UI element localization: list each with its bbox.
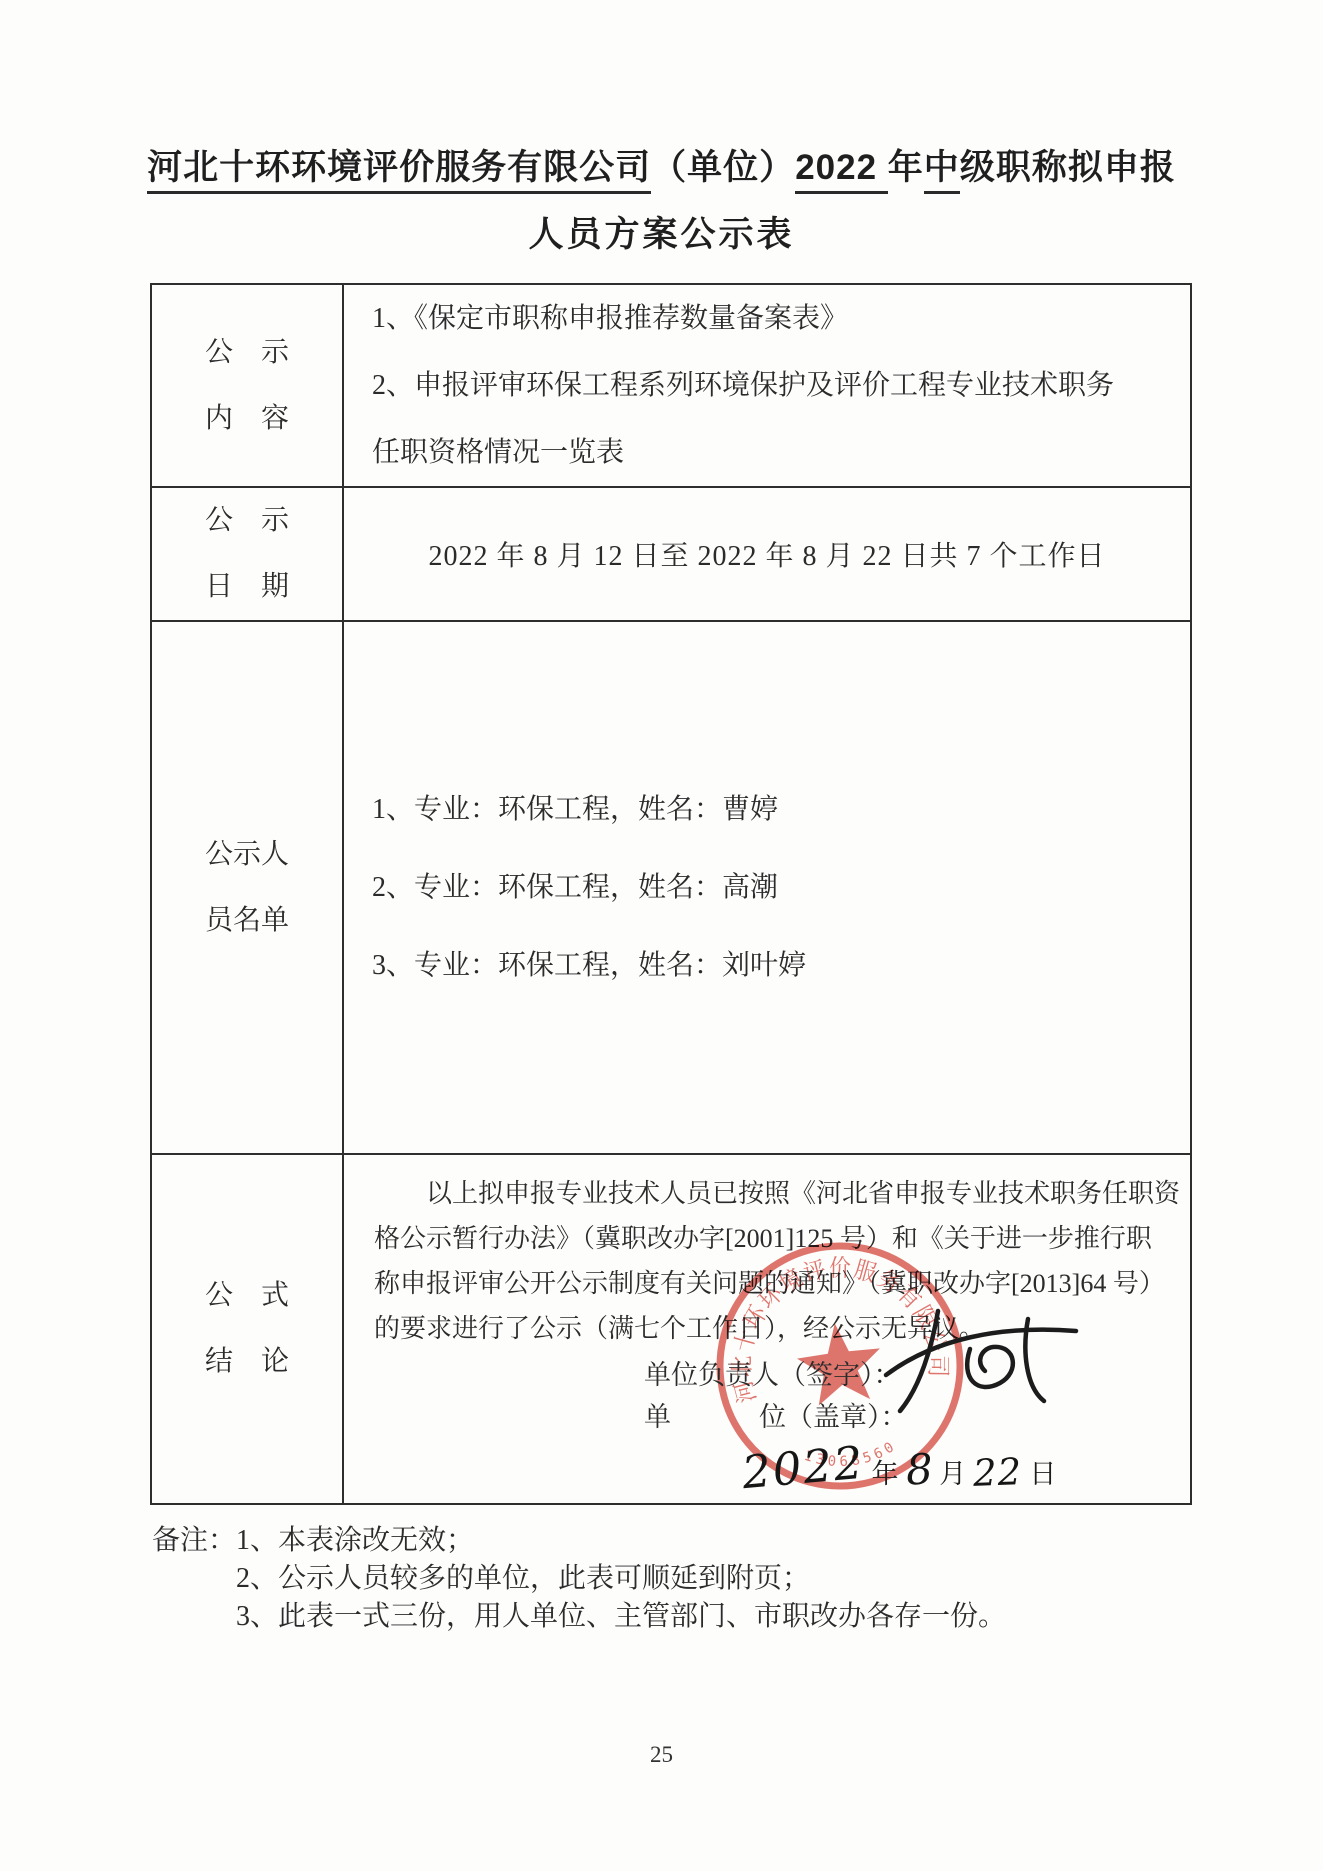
title-segment: 河北十环环境评价服务有限公司 <box>147 148 651 194</box>
signer-label-text: 单位负责人（签字）： <box>644 1360 901 1390</box>
year-unit: 年 <box>872 1452 899 1494</box>
person-line: 2、专业：环保工程，姓名：高潮 <box>372 849 1190 927</box>
row-publicity-date: 公 示日 期 2022 年 8 月 12 日至 2022 年 8 月 22 日共… <box>152 488 1190 622</box>
conclusion-line: 称申报评审公开公示制度有关问题的通知》（冀职改办字[2013]64 号） <box>374 1261 1186 1306</box>
document-title-line2: 人员方案公示表 <box>0 207 1323 257</box>
cell-publicity-date: 2022 年 8 月 12 日至 2022 年 8 月 22 日共 7 个工作日 <box>344 488 1190 620</box>
signer-label: 单位负责人（签字）： <box>644 1355 901 1395</box>
conclusion-line: 的要求进行了公示（满七个工作日），经公示无异议。 <box>374 1306 1186 1351</box>
label-publicity-content: 公 示内 容 <box>152 285 344 486</box>
label-line: 公 示 <box>205 488 289 554</box>
title-segment: 2022 <box>795 148 888 194</box>
content-line: 1、《保定市职称申报推荐数量备案表》 <box>372 285 1190 352</box>
conclusion-line: 以上拟申报专业技术人员已按照《河北省申报专业技术职务任职资 <box>374 1171 1186 1216</box>
label-line: 公示人 <box>205 822 289 888</box>
month-unit: 月 <box>939 1452 966 1494</box>
row-publicity-people: 公示人员名单 1、专业：环保工程，姓名：曹婷2、专业：环保工程，姓名：高潮3、专… <box>152 622 1190 1155</box>
document-page: 河北十环环境评价服务有限公司（单位）2022 年中级职称拟申报 人员方案公示表 … <box>0 0 1323 1871</box>
person-line: 3、专业：环保工程，姓名：刘叶婷 <box>372 927 1190 1005</box>
cell-publicity-content: 1、《保定市职称申报推荐数量备案表》2、申报评审环保工程系列环境保护及评价工程专… <box>344 285 1190 486</box>
label-line: 结 论 <box>205 1329 289 1395</box>
publicity-date-value: 2022 年 8 月 12 日至 2022 年 8 月 22 日共 7 个工作日 <box>428 534 1105 574</box>
label-line: 员名单 <box>205 888 289 954</box>
label-line: 公 示 <box>205 320 289 386</box>
content-line: 2、申报评审环保工程系列环境保护及评价工程专业技术职务 <box>372 352 1190 419</box>
unit-seal-label: 单位（盖章）： <box>644 1397 908 1437</box>
note-item: 2、公示人员较多的单位，此表可顺延到附页； <box>236 1560 1006 1598</box>
conclusion-paragraph: 以上拟申报专业技术人员已按照《河北省申报专业技术职务任职资格公示暂行办法》（冀职… <box>374 1171 1186 1351</box>
title-segment: 年 <box>888 148 924 187</box>
page-number: 25 <box>0 1742 1323 1768</box>
footer-notes: 备注： 1、本表涂改无效；2、公示人员较多的单位，此表可顺延到附页；3、此表一式… <box>152 1522 1006 1636</box>
handwritten-day: 22 <box>973 1450 1024 1495</box>
signed-date: 2022 年 8 月 22 日 <box>742 1441 1056 1494</box>
unit-label-left: 单 <box>644 1402 671 1432</box>
notes-list: 1、本表涂改无效；2、公示人员较多的单位，此表可顺延到附页；3、此表一式三份，用… <box>236 1522 1006 1636</box>
publicity-people-lines: 1、专业：环保工程，姓名：曹婷2、专业：环保工程，姓名：高潮3、专业：环保工程，… <box>344 622 1190 1153</box>
title-segment: 级职称拟申报 <box>960 148 1176 187</box>
day-unit: 日 <box>1029 1452 1056 1494</box>
content-line: 任职资格情况一览表 <box>372 419 1190 486</box>
notes-label: 备注： <box>152 1522 236 1636</box>
title-segment: （单位） <box>651 148 795 187</box>
row-publicity-content: 公 示内 容 1、《保定市职称申报推荐数量备案表》2、申报评审环保工程系列环境保… <box>152 285 1190 488</box>
handwritten-month: 8 <box>904 1444 933 1494</box>
label-line: 日 期 <box>205 554 289 620</box>
note-item: 3、此表一式三份，用人单位、主管部门、市职改办各存一份。 <box>236 1598 1006 1636</box>
row-conclusion: 公 式结 论 以上拟申报专业技术人员已按照《河北省申报专业技术职务任职资格公示暂… <box>152 1155 1190 1503</box>
unit-label-right: 位（盖章）： <box>759 1402 908 1432</box>
notice-table: 公 示内 容 1、《保定市职称申报推荐数量备案表》2、申报评审环保工程系列环境保… <box>150 283 1192 1505</box>
conclusion-line: 格公示暂行办法》（冀职改办字[2001]125 号）和《关于进一步推行职 <box>374 1216 1186 1261</box>
handwritten-year: 2022 <box>740 1436 867 1499</box>
label-publicity-people: 公示人员名单 <box>152 622 344 1153</box>
label-line: 内 容 <box>205 386 289 452</box>
note-item: 1、本表涂改无效； <box>236 1522 1006 1560</box>
label-conclusion: 公 式结 论 <box>152 1155 344 1503</box>
person-line: 1、专业：环保工程，姓名：曹婷 <box>372 771 1190 849</box>
title-segment: 中 <box>924 148 960 194</box>
label-line: 公 式 <box>205 1263 289 1329</box>
label-publicity-date: 公 示日 期 <box>152 488 344 620</box>
document-title-line1: 河北十环环境评价服务有限公司（单位）2022 年中级职称拟申报 <box>0 140 1323 190</box>
publicity-content-lines: 1、《保定市职称申报推荐数量备案表》2、申报评审环保工程系列环境保护及评价工程专… <box>344 285 1190 486</box>
cell-conclusion: 以上拟申报专业技术人员已按照《河北省申报专业技术职务任职资格公示暂行办法》（冀职… <box>344 1155 1190 1503</box>
cell-publicity-people: 1、专业：环保工程，姓名：曹婷2、专业：环保工程，姓名：高潮3、专业：环保工程，… <box>344 622 1190 1153</box>
